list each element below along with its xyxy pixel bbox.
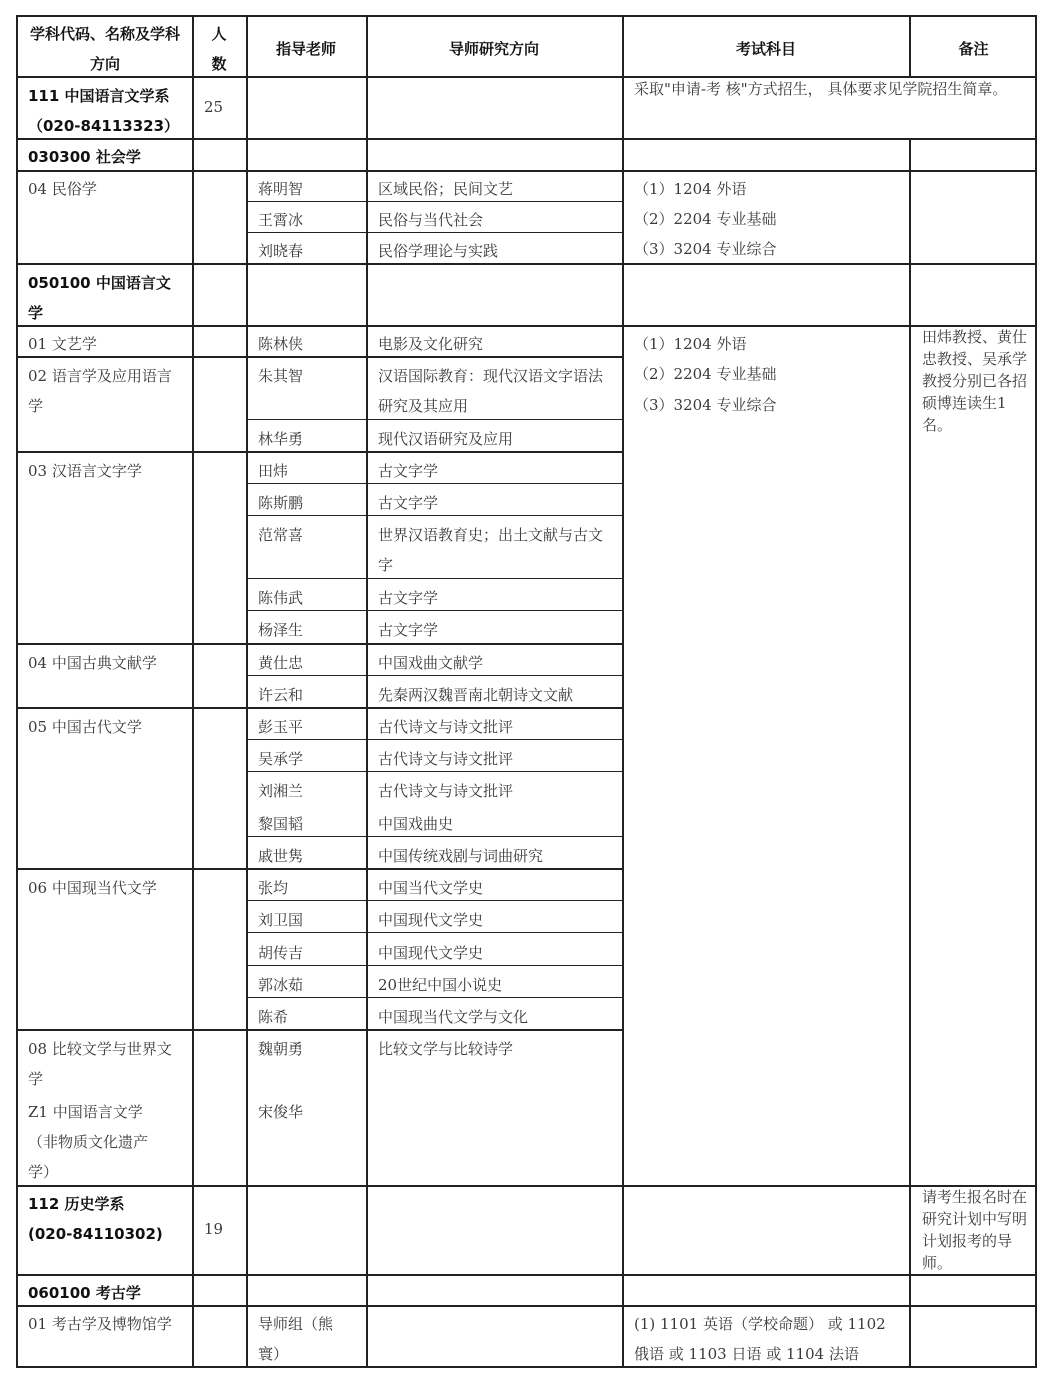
direction-label: 08 比较文学与世界文学 [18, 1034, 182, 1094]
header-discipline: 学科代码、名称及学科方向 [18, 19, 192, 79]
divider [16, 1366, 1037, 1368]
advisor-research: 世界汉语教育史；出土文献与古文字 [368, 520, 622, 580]
divider [16, 15, 1037, 17]
divider [16, 868, 622, 870]
direction-label: 01 文艺学 [18, 329, 194, 359]
advisor-name: 宋俊华 [248, 1097, 366, 1127]
divider [16, 263, 1037, 265]
divider [246, 232, 622, 233]
divider [246, 771, 622, 772]
header-exam: 考试科目 [622, 34, 910, 64]
divider [246, 932, 622, 933]
remark-050100: 田炜教授、黄仕忠教授、吴承学教授分别已各招硕博连读生1名。 [912, 326, 1037, 436]
header-count: 人数 [194, 19, 244, 79]
divider [16, 1305, 1037, 1307]
advisor-name: 陈伟武 [248, 583, 366, 613]
advisor-name: 戚世隽 [248, 841, 366, 871]
header-advisor: 指导老师 [246, 34, 366, 64]
advisor-name: 刘晓春 [248, 236, 366, 266]
direction-label: 06 中国现当代文学 [18, 873, 194, 903]
advisor-name: 刘湘兰 [248, 776, 366, 806]
divider [246, 739, 622, 740]
remark-112: 请考生报名时在研究计划中写明计划报考的导师。 [912, 1186, 1037, 1274]
advisor-name: 田炜 [248, 456, 366, 486]
advisor-research: 中国现代文学史 [368, 905, 622, 935]
advisor-research: 古代诗文与诗文批评 [368, 776, 622, 806]
dept-111-admission-note: 采取"申请-考 核"方式招生， 具体要求见学院招生简章。 [624, 78, 1034, 100]
advisor-name: 吴承学 [248, 744, 366, 774]
divider [16, 356, 622, 358]
advisor-name: 林华勇 [248, 424, 366, 454]
advisor-name: 陈希 [248, 1002, 366, 1032]
advisor-name: 杨泽生 [248, 615, 366, 645]
divider [246, 610, 622, 611]
exam-subject: (1) 1101 英语（学校命题） 或 1102 俄语 或 1103 日语 或 … [624, 1309, 910, 1369]
advisor-name: 范常喜 [248, 520, 366, 550]
major-030300-name: 030300 社会学 [18, 142, 194, 172]
advisor-research: 先秦两汉魏晋南北朝诗文文献 [368, 680, 622, 710]
advisor-research: 古代诗文与诗文批评 [368, 744, 622, 774]
divider [622, 15, 624, 1368]
advisor-research: 现代汉语研究及应用 [368, 424, 622, 454]
direction-label: Z1 中国语言文学（非物质文化遗产学） [18, 1097, 178, 1187]
header-remarks: 备注 [910, 34, 1037, 64]
divider [246, 965, 622, 966]
advisor-research: 电影及文化研究 [368, 329, 622, 359]
advisor-research: 中国戏曲史 [368, 809, 622, 839]
advisor-name: 王霄冰 [248, 205, 366, 235]
advisor-name: 许云和 [248, 680, 366, 710]
advisor-name: 胡传吉 [248, 938, 366, 968]
divider [909, 15, 911, 76]
advisor-research: 古文字学 [368, 615, 622, 645]
direction-label: 02 语言学及应用语言学 [18, 361, 188, 421]
divider [16, 707, 622, 709]
advisor-name: 黄仕忠 [248, 648, 366, 678]
direction-label: 05 中国古代文学 [18, 712, 194, 742]
divider [16, 1274, 1037, 1276]
advisor-name: 蒋明智 [248, 174, 366, 204]
advisor-name: 张均 [248, 873, 366, 903]
advisor-research: 区域民俗；民间文艺 [368, 174, 622, 204]
divider [246, 515, 622, 516]
dept-112-name: 112 历史学系 [18, 1189, 194, 1219]
header-research: 导师研究方向 [366, 34, 622, 64]
divider [16, 325, 1037, 327]
divider [1035, 15, 1037, 1368]
advisor-name: 彭玉平 [248, 712, 366, 742]
advisor-research: 汉语国际教育：现代汉语文字语法研究及其应用 [368, 361, 622, 421]
advisor-name: 郭冰茹 [248, 970, 366, 1000]
divider [16, 1185, 1037, 1187]
advisor-research: 古代诗文与诗文批评 [368, 712, 622, 742]
advisor-research: 古文字学 [368, 456, 622, 486]
dept-112-count: 19 [194, 1214, 246, 1244]
advisor-research: 中国现当代文学与文化 [368, 1002, 622, 1032]
exam-subject: （2）2204 专业基础 [624, 359, 910, 389]
divider [246, 675, 622, 676]
dept-112-phone: (020-84110302) [18, 1219, 194, 1249]
advisor-research: 20世纪中国小说史 [368, 970, 622, 1000]
exam-subject: （3）3204 专业综合 [624, 390, 910, 420]
direction-label: 03 汉语言文字学 [18, 456, 194, 486]
major-050100-name: 050100 中国语言文学 [18, 268, 188, 328]
advisor-name: 导师组（熊寰） [248, 1309, 352, 1369]
divider [246, 419, 622, 420]
direction-label: 01 考古学及博物馆学 [18, 1309, 188, 1339]
dept-111-name: 111 中国语言文学系（020-84113323） [18, 81, 194, 141]
direction-label: 04 民俗学 [18, 174, 194, 204]
divider [246, 201, 622, 202]
advisor-research: 民俗学理论与实践 [368, 236, 622, 266]
major-060100-name: 060100 考古学 [18, 1278, 194, 1308]
advisor-research: 中国传统戏剧与词曲研究 [368, 841, 622, 871]
divider [16, 170, 1037, 172]
advisor-research: 中国当代文学史 [368, 873, 622, 903]
divider [246, 900, 622, 901]
exam-subject: （1）1204 外语 [624, 329, 910, 359]
divider [246, 836, 622, 837]
advisor-research: 中国戏曲文献学 [368, 648, 622, 678]
advisor-research: 古文字学 [368, 488, 622, 518]
exam-subject: （1）1204 外语 [624, 174, 910, 204]
advisor-research: 古文字学 [368, 583, 622, 613]
divider [909, 138, 911, 1368]
enrollment-table: 学科代码、名称及学科方向 人数 指导老师 导师研究方向 考试科目 备注 111 … [16, 15, 1037, 1368]
dept-111-count: 25 [194, 92, 246, 122]
divider [366, 15, 368, 1368]
divider [16, 138, 1037, 140]
divider [16, 451, 622, 453]
advisor-name: 陈林侠 [248, 329, 366, 359]
divider [246, 15, 248, 1368]
divider [16, 76, 1037, 78]
divider [246, 483, 622, 484]
divider [246, 578, 622, 579]
advisor-name: 刘卫国 [248, 905, 366, 935]
advisor-research: 中国现代文学史 [368, 938, 622, 968]
advisor-research: 民俗与当代社会 [368, 205, 622, 235]
exam-subject: （3）3204 专业综合 [624, 234, 910, 264]
divider [192, 15, 194, 1368]
advisor-name: 朱其智 [248, 361, 366, 391]
divider [246, 997, 622, 998]
advisor-name: 陈斯鹏 [248, 488, 366, 518]
advisor-name: 黎国韬 [248, 809, 366, 839]
direction-label: 04 中国古典文献学 [18, 648, 194, 678]
advisor-research: 比较文学与比较诗学 [368, 1034, 622, 1064]
advisor-name: 魏朝勇 [248, 1034, 366, 1064]
divider [16, 643, 622, 645]
divider [16, 1029, 622, 1031]
divider [16, 15, 18, 1368]
exam-subject: （2）2204 专业基础 [624, 204, 910, 234]
